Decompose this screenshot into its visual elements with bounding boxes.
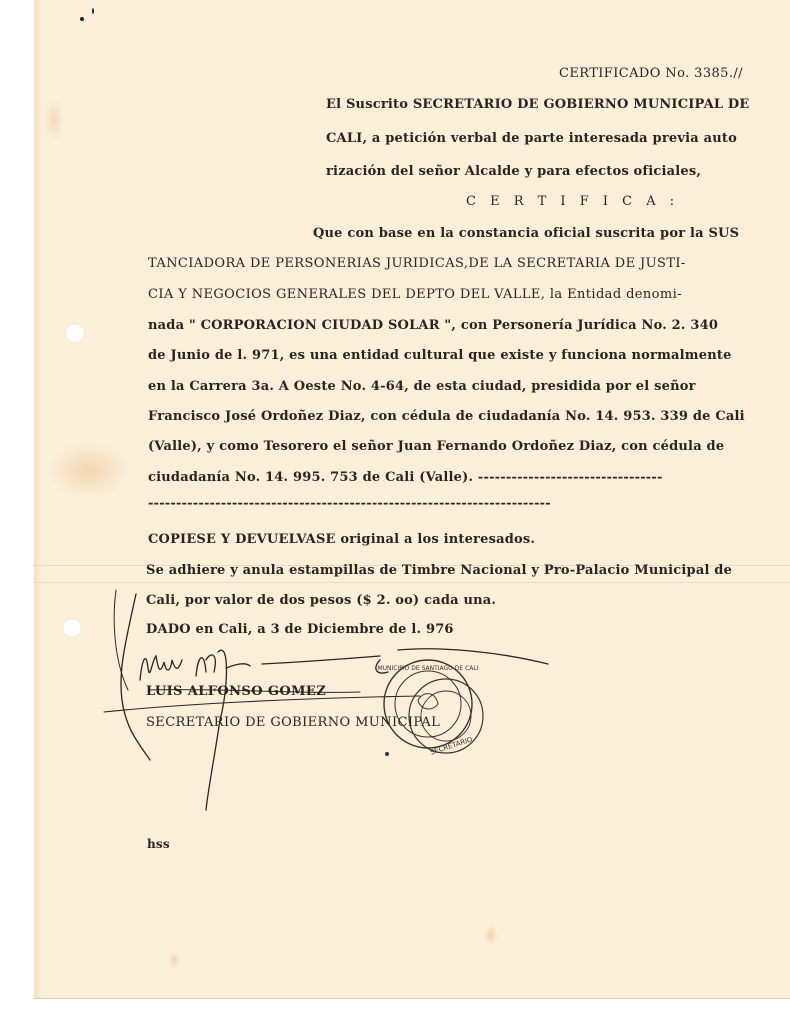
signatory-name: LUIS ALFONSO GOMEZ [146, 684, 326, 699]
ink-spot [92, 8, 94, 14]
intro-line-1: El Suscrito SECRETARIO DE GOBIERNO MUNIC… [326, 97, 750, 112]
closing-line-4: DADO en Cali, a 3 de Diciembre de l. 976 [146, 622, 454, 637]
body-line-8: (Valle), y como Tesorero el señor Juan F… [148, 439, 724, 454]
body-line-7: Francisco José Ordoñez Diaz, con cédula … [148, 409, 745, 424]
certificate-number: CERTIFICADO No. 3385.// [559, 66, 743, 81]
closing-line-1: COPIESE Y DEVUELVASE original a los inte… [148, 532, 535, 547]
closing-line-2: Se adhiere y anula estampillas de Timbre… [146, 563, 732, 578]
certifica-heading: C E R T I F I C A : [466, 194, 679, 209]
body-line-10: ----------------------------------------… [148, 496, 551, 511]
closing-line-3: Cali, por valor de dos pesos ($ 2. oo) c… [146, 593, 496, 608]
body-line-1: Que con base en la constancia oficial su… [313, 226, 739, 241]
body-line-3: CIA Y NEGOCIOS GENERALES DEL DEPTO DEL V… [148, 287, 682, 302]
body-line-6: en la Carrera 3a. A Oeste No. 4-64, de e… [148, 379, 696, 394]
body-line-5: de Junio de l. 971, es una entidad cultu… [148, 348, 732, 363]
body-line-2: TANCIADORA DE PERSONERIAS JURIDICAS,DE L… [148, 256, 686, 271]
signatory-title: SECRETARIO DE GOBIERNO MUNICIPAL [146, 715, 440, 730]
intro-line-3: rización del señor Alcalde y para efecto… [326, 164, 701, 179]
fold-crease [34, 582, 790, 583]
punch-hole [62, 618, 82, 638]
body-line-4: nada " CORPORACION CIUDAD SOLAR ", con P… [148, 318, 718, 333]
punch-hole [65, 323, 85, 343]
intro-line-2: CALI, a petición verbal de parte interes… [326, 131, 737, 146]
ink-spot [80, 17, 84, 21]
body-line-9: ciudadanía No. 14. 995. 753 de Cali (Val… [148, 470, 663, 485]
typist-initials: hss [147, 837, 170, 851]
